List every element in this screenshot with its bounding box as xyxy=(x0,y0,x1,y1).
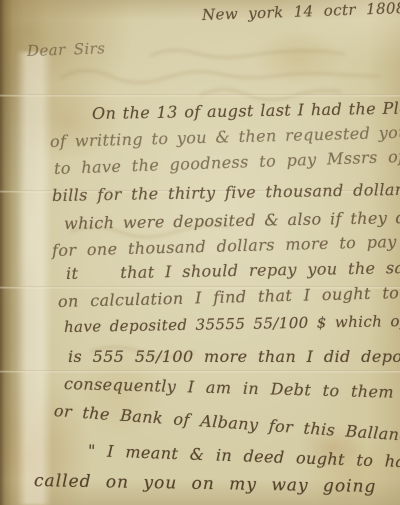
salutation: Dear Sirs xyxy=(27,39,106,60)
fold-crease xyxy=(0,370,400,373)
letter-scan: New york 14 octr 1808 Dear Sirs On the 1… xyxy=(0,0,400,505)
letter-line: is 555 55/100 more than I did deposite xyxy=(68,347,400,366)
fold-crease xyxy=(0,94,400,97)
